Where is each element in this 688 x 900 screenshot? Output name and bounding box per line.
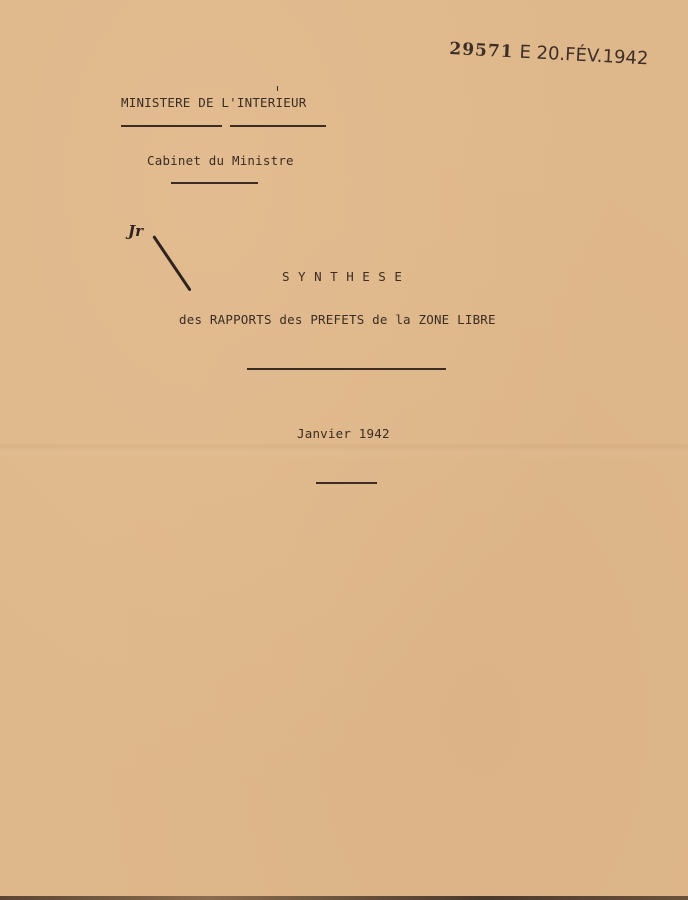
ministry-underline-right — [230, 125, 326, 127]
cabinet-underline — [171, 182, 258, 184]
date-underline — [316, 482, 377, 484]
cabinet-heading: Cabinet du Ministre — [147, 153, 294, 168]
handwritten-stroke — [152, 235, 191, 291]
apostrophe-mark — [277, 86, 278, 91]
document-title: S Y N T H E S E — [282, 269, 402, 284]
ministry-heading: MINISTERE DE L'INTERIEUR — [121, 95, 306, 110]
subtitle-underline — [247, 368, 446, 370]
ministry-underline-left — [121, 125, 222, 127]
document-page: 29571E 20.FÉV.1942 MINISTERE DE L'INTERI… — [0, 0, 688, 900]
stamp-number: 29571 — [449, 39, 514, 62]
handwritten-initials: Jr — [128, 222, 143, 240]
reception-stamp: 29571E 20.FÉV.1942 — [449, 38, 649, 69]
document-date: Janvier 1942 — [297, 426, 390, 441]
page-bottom-edge — [0, 896, 688, 900]
stamp-date: E 20.FÉV.1942 — [519, 42, 649, 70]
document-subtitle: des RAPPORTS des PREFETS de la ZONE LIBR… — [179, 312, 496, 327]
